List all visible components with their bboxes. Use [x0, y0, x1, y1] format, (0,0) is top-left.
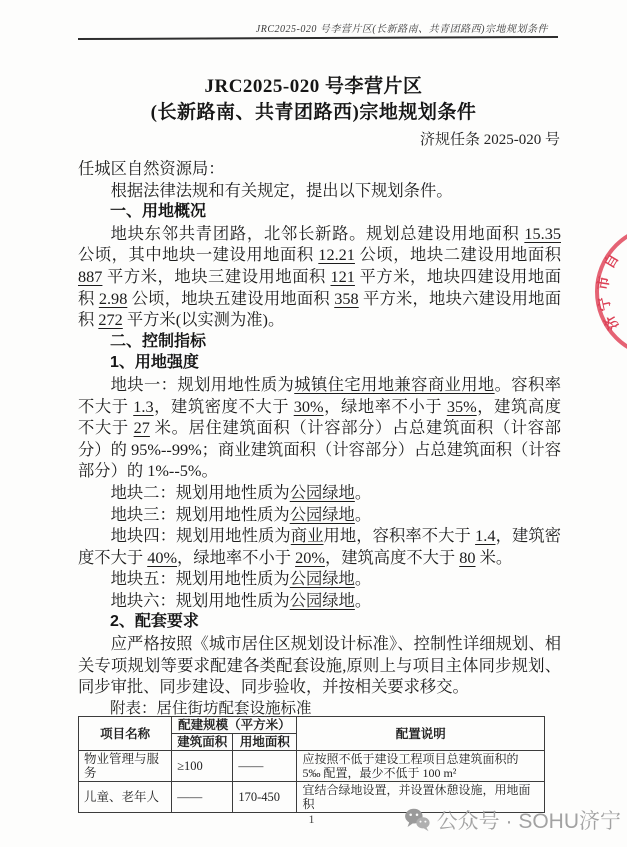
- underlined-value: 272: [98, 310, 122, 329]
- underlined-value: 1.4: [475, 526, 495, 545]
- underlined-value: 商业: [291, 526, 324, 545]
- column-header-building-area: 建筑面积: [172, 734, 233, 751]
- underlined-value: 20%: [295, 548, 325, 567]
- underlined-value: 城镇住宅用地兼容商业用地: [294, 375, 494, 394]
- column-header-scale-group: 配建规模（平方米）: [172, 717, 297, 734]
- document-title: JRC2025-020 号李营片区 (长新路南、共青团路西)宗地规划条件: [72, 74, 555, 126]
- underlined-value: 15.35: [524, 224, 561, 243]
- underlined-value: 公园绿地: [290, 505, 355, 524]
- document-body: 任城区自然资源局：根据法律法规和有关规定，提出以下规划条件。一、用地概况地块东邻…: [78, 158, 561, 698]
- underlined-value: 30%: [294, 397, 324, 416]
- underlined-value: 1.3: [133, 397, 153, 416]
- column-header-project-name: 项目名称: [79, 717, 172, 751]
- section-2-heading: 二、控制指标: [78, 331, 561, 353]
- underlined-value: 12.21: [318, 245, 355, 264]
- subsection-1-heading: 1、用地强度: [78, 352, 561, 374]
- plot-4-paragraph: 地块四：规划用地性质为商业用地，容积率不大于 1.4，建筑密度不大于 40%，绿…: [78, 525, 561, 568]
- plot-1-paragraph: 地块一：规划用地性质为城镇住宅用地兼容商业用地。容积率不大于 1.3，建筑密度不…: [78, 374, 561, 482]
- supporting-facilities-paragraph: 应严格按照《城市居住区规划设计标准》、控制性详细规划、相关专项规划等要求配建各类…: [78, 633, 561, 698]
- plot-6-paragraph: 地块六：规划用地性质为公园绿地。: [78, 590, 561, 612]
- cell-building-area: ——: [172, 782, 233, 813]
- cell-project-name: 儿童、老年人: [79, 782, 172, 813]
- underlined-value: 35%: [447, 397, 477, 416]
- document-title-line2: (长新路南、共青团路西)宗地规划条件: [72, 100, 555, 126]
- cell-land-area: ——: [233, 751, 297, 782]
- running-header-title: JRC2025-020 号李营片区(长新路南、共青团路西)宗地规划条件: [78, 20, 548, 35]
- attachment-table-caption: 附表：居住街坊配套设施标准: [110, 696, 312, 718]
- underlined-value: 80: [459, 548, 475, 567]
- table-row: 物业管理与服务 ≥100 —— 应按照不低于建设工程项目总建筑面积的 5‰ 配置…: [79, 751, 545, 782]
- underlined-value: 27: [134, 418, 150, 437]
- header-divider: [78, 36, 558, 40]
- underlined-value: 公园绿地: [290, 591, 355, 610]
- publisher-watermark: 公众号 · SOHU济宁: [403, 805, 621, 835]
- subsection-2-heading: 2、配套要求: [78, 611, 561, 633]
- column-header-land-area: 用地面积: [233, 734, 297, 751]
- document-number: 济规任条 2025-020 号: [78, 128, 560, 149]
- wechat-icon: [403, 806, 431, 834]
- watermark-text: 公众号 · SOHU济宁: [437, 805, 621, 835]
- cell-note: 应按照不低于建设工程项目总建筑面积的 5‰ 配置，最少不低于 100 m²: [297, 751, 545, 782]
- cell-project-name: 物业管理与服务: [79, 751, 172, 782]
- land-overview-paragraph: 地块东邻共青团路，北邻长新路。规划总建设用地面积 15.35 公顷，其中地块一建…: [78, 223, 561, 331]
- seal-character: 市: [592, 275, 614, 292]
- document-title-line1: JRC2025-020 号李营片区: [72, 74, 555, 100]
- column-header-note: 配置说明: [297, 717, 545, 751]
- addressee-line: 任城区自然资源局：: [78, 158, 561, 180]
- intro-paragraph: 根据法律法规和有关规定，提出以下规划条件。: [78, 180, 561, 202]
- section-1-heading: 一、用地概况: [78, 201, 561, 223]
- scanned-document-page: JRC2025-020 号李营片区(长新路南、共青团路西)宗地规划条件 JRC2…: [0, 0, 627, 847]
- plot-3-paragraph: 地块三：规划用地性质为公园绿地。: [78, 504, 561, 526]
- cell-building-area: ≥100: [172, 751, 233, 782]
- plot-5-paragraph: 地块五：规划用地性质为公园绿地。: [78, 568, 561, 590]
- underlined-value: 358: [334, 289, 358, 308]
- underlined-value: 2.98: [99, 289, 128, 308]
- plot-2-paragraph: 地块二：规划用地性质为公园绿地。: [78, 482, 561, 504]
- facilities-standard-table: 项目名称 配建规模（平方米） 配置说明 建筑面积 用地面积 物业管理与服务 ≥1…: [78, 716, 545, 813]
- underlined-value: 公园绿地: [290, 569, 355, 588]
- cell-land-area: 170-450: [233, 782, 297, 813]
- table-header-row-1: 项目名称 配建规模（平方米） 配置说明: [79, 717, 545, 734]
- underlined-value: 40%: [147, 548, 177, 567]
- underlined-value: 887: [78, 267, 102, 286]
- underlined-value: 121: [331, 267, 355, 286]
- underlined-value: 公园绿地: [290, 483, 355, 502]
